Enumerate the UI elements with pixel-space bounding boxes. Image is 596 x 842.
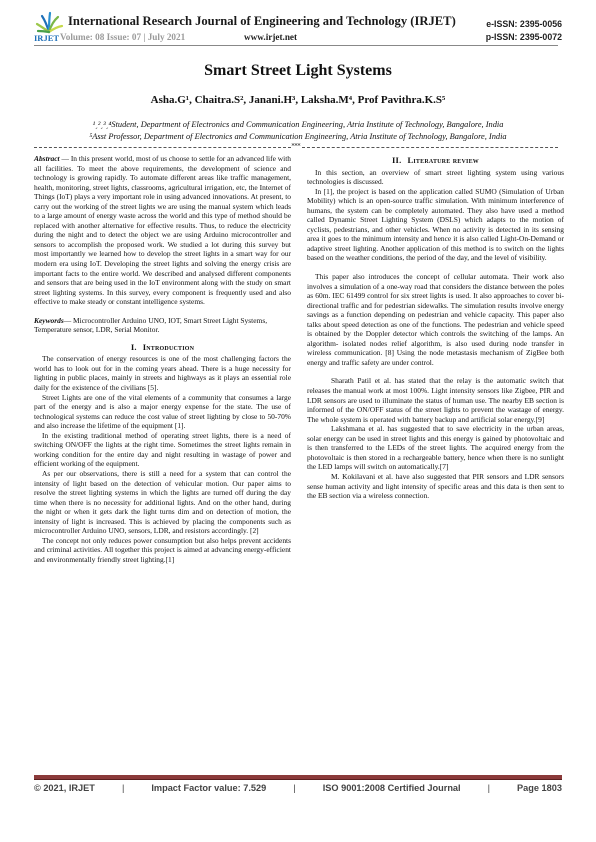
footer-separator: | [122, 783, 124, 793]
affiliation-students: ¹ˏ²ˏ³ˏ⁴Student, Department of Electronic… [0, 120, 596, 129]
right-column: II.Literature review In this section, an… [307, 154, 564, 501]
literature-paragraph: In this section, an overview of smart st… [307, 168, 564, 187]
abstract: Abstract — In this present world, most o… [34, 154, 291, 307]
footer-impact-factor: Impact Factor value: 7.529 [151, 783, 266, 793]
header-divider [34, 45, 558, 46]
page-footer: © 2021, IRJET | Impact Factor value: 7.5… [34, 783, 562, 793]
intro-paragraph: Street Lights are one of the vital eleme… [34, 393, 291, 431]
literature-paragraph: M. Kokilavani et al. have also suggested… [307, 472, 564, 501]
left-column: Abstract — In this present world, most o… [34, 154, 291, 564]
intro-paragraph: In the existing traditional method of op… [34, 431, 291, 469]
footer-bar [34, 775, 562, 780]
footer-page-number: Page 1803 [517, 783, 562, 793]
footer-certification: ISO 9001:2008 Certified Journal [323, 783, 461, 793]
journal-website-link[interactable]: www.irjet.net [244, 32, 297, 42]
section-heading-literature-review: II.Literature review [307, 156, 564, 166]
literature-paragraph: This paper also introduces the concept o… [307, 272, 564, 367]
keywords: Keywords— Microcontroller Arduino UNO, I… [34, 316, 291, 335]
literature-paragraph: In [1], the project is based on the appl… [307, 187, 564, 263]
journal-title: International Research Journal of Engine… [68, 14, 456, 29]
keywords-dash: — [64, 316, 73, 325]
volume-issue: Volume: 08 Issue: 07 | July 2021 [60, 32, 185, 42]
literature-paragraph: Lakshmana et al. has suggested that to s… [307, 424, 564, 472]
logo-text: IRJET [34, 33, 59, 42]
paper-authors: Asha.G¹, Chaitra.S², Janani.H³, Laksha.M… [0, 94, 596, 106]
separator-dash-right [302, 147, 559, 148]
footer-copyright: © 2021, IRJET [34, 783, 95, 793]
abstract-text: In this present world, most of us choose… [34, 154, 291, 306]
affiliation-professor: ⁵Asst Professor, Department of Electroni… [0, 132, 596, 141]
p-issn: p-ISSN: 2395-0072 [486, 31, 562, 44]
abstract-label: Abstract [34, 154, 60, 163]
intro-paragraph: The concept not only reduces power consu… [34, 536, 291, 565]
paper-title: Smart Street Light Systems [0, 62, 596, 80]
footer-separator: | [488, 783, 490, 793]
intro-paragraph: As per our observations, there is still … [34, 469, 291, 536]
separator-dash-left [34, 147, 291, 148]
journal-header: IRJET International Research Journal of … [34, 10, 562, 44]
section-heading-introduction: I.Introduction [34, 343, 291, 353]
separator-stars: *** [291, 144, 302, 150]
intro-paragraph: The conservation of energy resources is … [34, 354, 291, 392]
literature-paragraph: Sharath Patil et al. has stated that the… [307, 376, 564, 424]
abstract-dash: — [60, 154, 71, 163]
e-issn: e-ISSN: 2395-0056 [486, 18, 562, 31]
footer-separator: | [293, 783, 295, 793]
issn-block: e-ISSN: 2395-0056 p-ISSN: 2395-0072 [486, 18, 562, 44]
keywords-label: Keywords [34, 316, 64, 325]
title-separator: *** [34, 144, 558, 150]
